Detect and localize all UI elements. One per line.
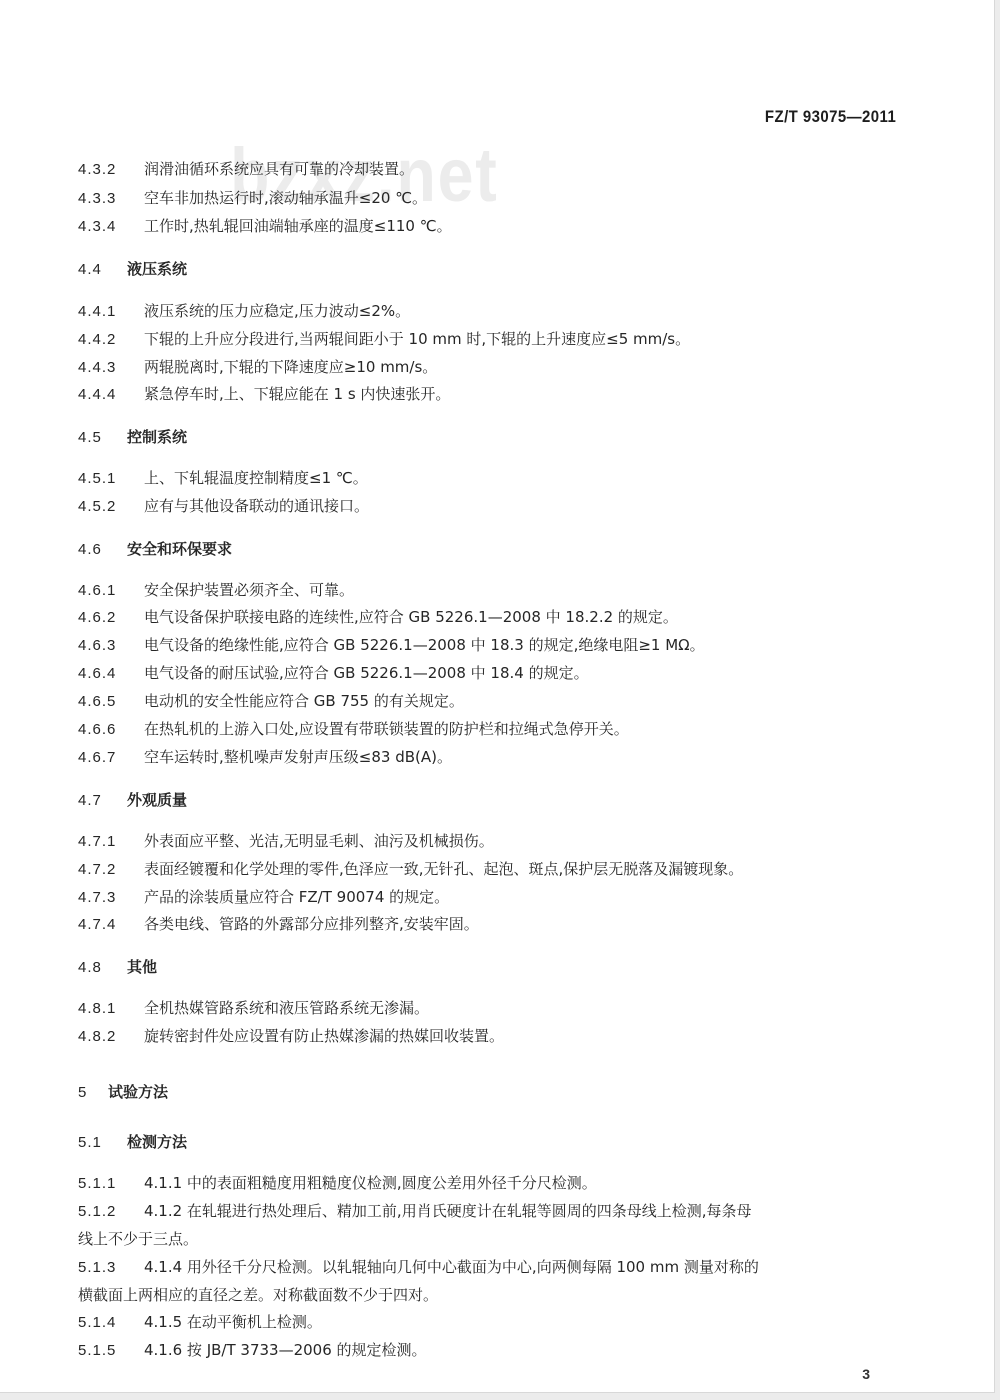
clause-4-6-4: 4.6.4电气设备的耐压试验,应符合 GB 5226.1—2008 中 18.4… [78, 662, 589, 683]
clause-5-1-2-continued: 线上不少于三点。 [78, 1228, 198, 1249]
clause-4-6-3: 4.6.3电气设备的绝缘性能,应符合 GB 5226.1—2008 中 18.3… [78, 634, 705, 655]
clause-5-1-2: 5.1.24.1.2 在轧辊进行热处理后、精加工前,用肖氏硬度计在轧辊等圆周的四… [78, 1200, 751, 1221]
clause-5-1-4: 5.1.44.1.5 在动平衡机上检测。 [78, 1311, 322, 1332]
clause-4-3-3: 4.3.3空车非加热运行时,滚动轴承温升≤20 ℃。 [78, 187, 427, 208]
clause-4-6-7: 4.6.7空车运转时,整机噪声发射声压级≤83 dB(A)。 [78, 746, 452, 767]
clause-4-6-2: 4.6.2电气设备保护联接电路的连续性,应符合 GB 5226.1—2008 中… [78, 606, 678, 627]
section-heading-4-7: 4.7外观质量 [78, 789, 187, 810]
clause-4-4-1: 4.4.1液压系统的压力应稳定,压力波动≤2%。 [78, 300, 410, 321]
section-heading-4-5: 4.5控制系统 [78, 426, 187, 447]
clause-5-1-1: 5.1.14.1.1 中的表面粗糙度用粗糙度仪检测,圆度公差用外径千分尺检测。 [78, 1172, 597, 1193]
clause-5-1-3-continued: 横截面上两相应的直径之差。对称截面数不少于四对。 [78, 1284, 438, 1305]
clause-4-4-2: 4.4.2下辊的上升应分段进行,当两辊间距小于 10 mm 时,下辊的上升速度应… [78, 328, 690, 349]
chapter-heading-5: 5试验方法 [78, 1081, 168, 1102]
clause-4-7-2: 4.7.2表面经镀覆和化学处理的零件,色泽应一致,无针孔、起泡、斑点,保护层无脱… [78, 858, 743, 879]
clause-4-6-6: 4.6.6在热轧机的上游入口处,应设置有带联锁装置的防护栏和拉绳式急停开关。 [78, 718, 629, 739]
clause-5-1-3: 5.1.34.1.4 用外径千分尺检测。以轧辊轴向几何中心截面为中心,向两侧每隔… [78, 1256, 759, 1277]
clause-4-8-2: 4.8.2旋转密封件处应设置有防止热媒渗漏的热媒回收装置。 [78, 1025, 504, 1046]
clause-4-4-4: 4.4.4紧急停车时,上、下辊应能在 1 s 内快速张开。 [78, 383, 450, 404]
clause-4-6-5: 4.6.5电动机的安全性能应符合 GB 755 的有关规定。 [78, 690, 464, 711]
section-heading-4-8: 4.8其他 [78, 956, 157, 977]
document-page: bzxz.net FZ/T 93075—2011 4.3.2润滑油循环系统应具有… [0, 0, 995, 1393]
clause-4-3-2: 4.3.2润滑油循环系统应具有可靠的冷却装置。 [78, 158, 414, 179]
clause-4-7-4: 4.7.4各类电线、管路的外露部分应排列整齐,安装牢固。 [78, 913, 479, 934]
clause-4-4-3: 4.4.3两辊脱离时,下辊的下降速度应≥10 mm/s。 [78, 356, 437, 377]
section-heading-4-6: 4.6安全和环保要求 [78, 538, 232, 559]
clause-4-6-1: 4.6.1安全保护装置必须齐全、可靠。 [78, 579, 354, 600]
clause-5-1-5: 5.1.54.1.6 按 JB/T 3733—2006 的规定检测。 [78, 1339, 427, 1360]
clause-4-7-1: 4.7.1外表面应平整、光洁,无明显毛刺、油污及机械损伤。 [78, 830, 494, 851]
clause-4-8-1: 4.8.1全机热媒管路系统和液压管路系统无渗漏。 [78, 997, 429, 1018]
section-heading-4-4: 4.4液压系统 [78, 258, 187, 279]
clause-4-5-2: 4.5.2应有与其他设备联动的通讯接口。 [78, 495, 369, 516]
section-heading-5-1: 5.1检测方法 [78, 1131, 187, 1152]
clause-4-5-1: 4.5.1上、下轧辊温度控制精度≤1 ℃。 [78, 467, 368, 488]
clause-4-7-3: 4.7.3产品的涂装质量应符合 FZ/T 90074 的规定。 [78, 886, 449, 907]
clause-4-3-4: 4.3.4工作时,热轧辊回油端轴承座的温度≤110 ℃。 [78, 215, 452, 236]
page-number: 3 [862, 1366, 870, 1382]
standard-code: FZ/T 93075—2011 [765, 107, 896, 127]
